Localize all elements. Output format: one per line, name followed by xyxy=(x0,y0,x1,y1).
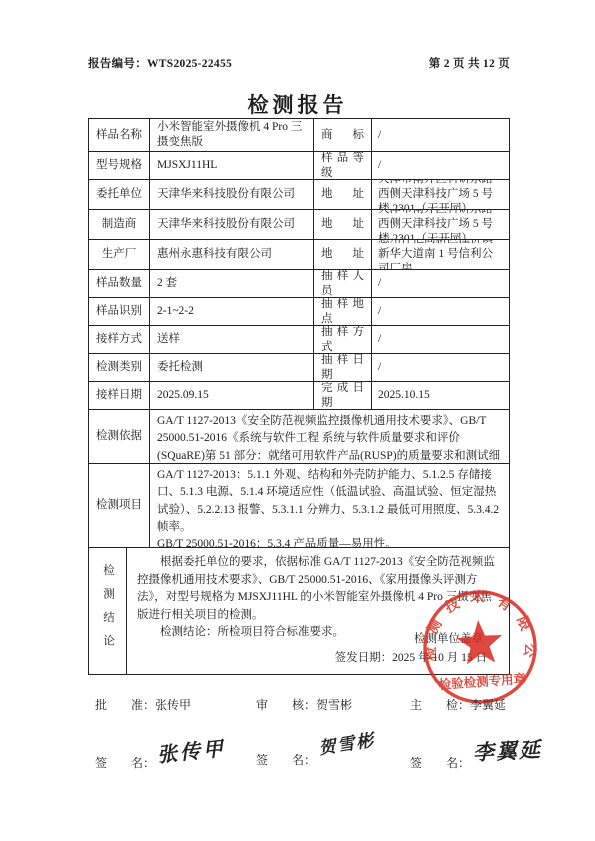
row-value: 天津华来科技股份有限公司 xyxy=(149,180,313,209)
report-page: 报告编号：WTS2025-22455 第 2 页 共 12 页 检测报告 样品名… xyxy=(0,0,595,841)
inspector-name: 检：李翼延 xyxy=(446,696,506,713)
handwritten-signature: 张传甲 xyxy=(155,732,227,768)
row-value: 委托检测 xyxy=(149,354,313,381)
row-value: 2-1~2-2 xyxy=(149,298,313,325)
items-line-1: GA/T 1127-2013：5.1.1 外观、结构和外壳防护能力、5.1.2.… xyxy=(157,467,502,536)
row-value: MJSXJ11HL xyxy=(149,152,313,179)
page-title: 检测报告 xyxy=(0,89,595,119)
row-value: 2025.09.15 xyxy=(149,382,313,409)
review-char: 审 xyxy=(256,696,268,713)
table-row: 样品数量 2 套 抽样人员 / xyxy=(89,269,509,297)
sign-label: 名： xyxy=(446,754,470,771)
row-label2-text: 抽样日期 xyxy=(321,354,364,381)
row-label2: 地 址 xyxy=(313,180,371,209)
row-label2-text: 地 址 xyxy=(321,217,364,232)
row-label2-text: 抽样人员 xyxy=(321,270,364,297)
row-value: 小米智能室外摄像机 4 Pro 三摄变焦版 xyxy=(149,119,313,151)
approver-signature-line: 签 名： 张传甲 xyxy=(95,744,228,773)
conclusion-label: 检测结论 xyxy=(89,548,126,674)
row-value2: 惠州仲恺高新区潼侨镇新华大道南 1 号信利公司厂房 xyxy=(371,240,509,269)
table-row: 样品识别 2-1~2-2 抽样地点 / xyxy=(89,297,509,325)
row-value2: / xyxy=(371,152,509,179)
row-label2: 抽样人员 xyxy=(313,270,371,297)
items-row: 检测项目 GA/T 1127-2013：5.1.1 外观、结构和外壳防护能力、5… xyxy=(89,463,509,547)
items-value: GA/T 1127-2013：5.1.1 外观、结构和外壳防护能力、5.1.2.… xyxy=(149,464,509,547)
seal-caption: 检测单位盖章 xyxy=(391,631,483,649)
approve-char: 批 xyxy=(95,696,107,713)
row-value2: 天津市南开区科研东路西侧天津科技广场 5 号楼 2301（天开园） xyxy=(371,180,509,209)
approve-name: 准：张传甲 xyxy=(131,696,191,713)
row-label: 样品名称 xyxy=(89,119,149,151)
table-row: 型号规格 MJSXJ11HL 样品等级 / xyxy=(89,151,509,179)
row-label2-text: 抽样地点 xyxy=(321,298,364,325)
basis-value: GA/T 1127-2013《安全防范视频监控摄像机通用技术要求》、GB/T 2… xyxy=(149,410,509,463)
sign-char: 签 xyxy=(95,754,107,771)
handwritten-signature: 贺雪彬 xyxy=(317,726,377,760)
table-row: 接样方式 送样 抽样方式 / xyxy=(89,325,509,353)
row-label2-text: 抽样方式 xyxy=(321,326,364,353)
conclusion-content: 根据委托单位的要求，依据标准 GA/T 1127-2013《安全防范视频监控摄像… xyxy=(126,548,509,674)
row-label2: 地 址 xyxy=(313,240,371,269)
conclusion-label-text: 检测结论 xyxy=(100,564,115,658)
chief-inspector-line: 主 检：李翼延 xyxy=(410,696,506,713)
row-label2: 抽样日期 xyxy=(313,354,371,381)
row-value2: 2025.10.15 xyxy=(371,382,509,409)
row-label: 检测类别 xyxy=(89,354,149,381)
items-label: 检测项目 xyxy=(89,464,149,547)
row-value: 天津华来科技股份有限公司 xyxy=(149,210,313,239)
row-label2: 完成日期 xyxy=(313,382,371,409)
row-value2: / xyxy=(371,354,509,381)
review-name: 核：贺雪彬 xyxy=(292,696,352,713)
row-value: 送样 xyxy=(149,326,313,353)
sign-char: 签 xyxy=(410,754,422,771)
table-row: 生产厂 惠州永惠科技有限公司 地 址 惠州仲恺高新区潼侨镇新华大道南 1 号信利… xyxy=(89,239,509,269)
row-label: 型号规格 xyxy=(89,152,149,179)
inspector-signature-line: 签 名： 李翼延 xyxy=(410,744,543,774)
sign-char: 签 xyxy=(256,751,268,768)
row-label: 接样方式 xyxy=(89,326,149,353)
conclusion-row: 检测结论 根据委托单位的要求，依据标准 GA/T 1127-2013《安全防范视… xyxy=(89,547,509,674)
row-label2-text: 地 址 xyxy=(321,187,364,202)
row-value2: / xyxy=(371,326,509,353)
table-row: 接样日期 2025.09.15 完成日期 2025.10.15 xyxy=(89,381,509,409)
row-label2: 抽样地点 xyxy=(313,298,371,325)
row-label: 样品识别 xyxy=(89,298,149,325)
row-value2: 天津市南开区科研东路西侧天津科技广场 5 号楼 2301（天开园） xyxy=(371,210,509,239)
row-label2-text: 完成日期 xyxy=(321,382,364,409)
table-row: 制造商 天津华来科技股份有限公司 地 址 天津市南开区科研东路西侧天津科技广场 … xyxy=(89,209,509,239)
sign-label: 名： xyxy=(131,754,155,771)
table-row: 样品名称 小米智能室外摄像机 4 Pro 三摄变焦版 商 标 / xyxy=(89,119,509,151)
inspector-char: 主 xyxy=(410,696,422,713)
table-row: 委托单位 天津华来科技股份有限公司 地 址 天津市南开区科研东路西侧天津科技广场… xyxy=(89,179,509,209)
row-label2: 地 址 xyxy=(313,210,371,239)
handwritten-signature: 李翼延 xyxy=(472,733,542,767)
row-label: 样品数量 xyxy=(89,270,149,297)
row-label: 委托单位 xyxy=(89,180,149,209)
basis-row: 检测依据 GA/T 1127-2013《安全防范视频监控摄像机通用技术要求》、G… xyxy=(89,409,509,463)
row-label: 生产厂 xyxy=(89,240,149,269)
row-value2: / xyxy=(371,119,509,151)
report-number: 报告编号：WTS2025-22455 xyxy=(88,55,232,71)
row-label2: 样品等级 xyxy=(313,152,371,179)
conclusion-paragraph: 根据委托单位的要求，依据标准 GA/T 1127-2013《安全防范视频监控摄像… xyxy=(137,554,499,624)
row-value2: / xyxy=(371,298,509,325)
page-header: 报告编号：WTS2025-22455 第 2 页 共 12 页 xyxy=(88,55,510,71)
reviewer-line: 审 核：贺雪彬 xyxy=(256,696,352,713)
items-line-2: GB/T 25000.51-2016：5.3.4 产品质量—易用性。 xyxy=(157,536,502,547)
issue-date: 签发日期：2025 年 10 月 15 日 xyxy=(312,650,487,668)
row-value: 惠州永惠科技有限公司 xyxy=(149,240,313,269)
sign-label: 名： xyxy=(292,751,316,768)
row-value: 2 套 xyxy=(149,270,313,297)
page-indicator: 第 2 页 共 12 页 xyxy=(429,55,510,71)
row-label2: 商 标 xyxy=(313,119,371,151)
row-label: 制造商 xyxy=(89,210,149,239)
row-value2: / xyxy=(371,270,509,297)
approver-line: 批 准：张传甲 xyxy=(95,696,191,713)
basis-label: 检测依据 xyxy=(89,410,149,463)
row-label2-text: 商 标 xyxy=(321,128,364,143)
table-row: 检测类别 委托检测 抽样日期 / xyxy=(89,353,509,381)
reviewer-signature-line: 签 名： 贺雪彬 xyxy=(256,744,379,769)
row-label2: 抽样方式 xyxy=(313,326,371,353)
info-table: 样品名称 小米智能室外摄像机 4 Pro 三摄变焦版 商 标 / 型号规格 MJ… xyxy=(88,118,510,675)
row-label: 接样日期 xyxy=(89,382,149,409)
row-label2-text: 样品等级 xyxy=(321,152,364,179)
row-label2-text: 地 址 xyxy=(321,247,364,262)
